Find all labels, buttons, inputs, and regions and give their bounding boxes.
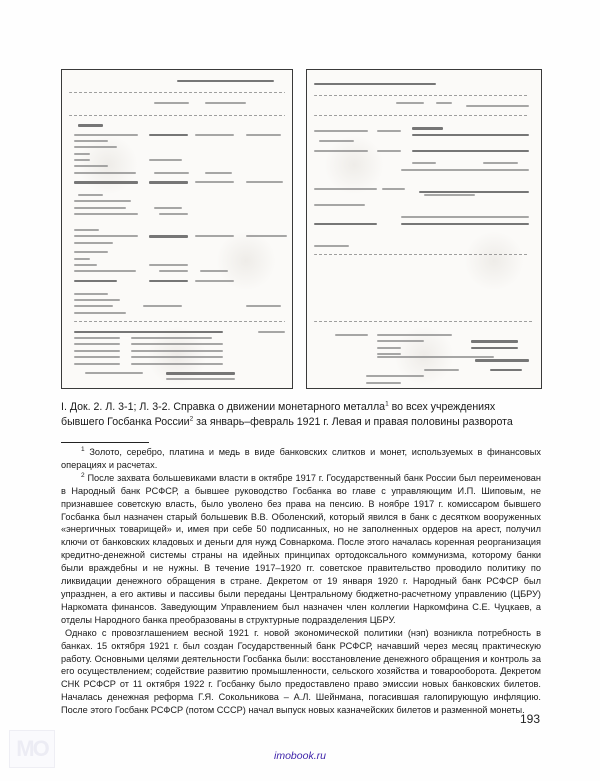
scan-text-line — [314, 130, 368, 132]
scan-text-line — [166, 372, 235, 375]
scan-text-line — [131, 337, 212, 339]
scan-text-line — [74, 356, 120, 358]
scan-text-line — [412, 150, 529, 153]
scan-text-line — [205, 102, 246, 104]
scan-text-line — [424, 369, 459, 371]
archival-document-scan-right — [306, 69, 542, 389]
watermark-site-link[interactable]: imobook.ru — [0, 750, 600, 762]
scan-text-line — [412, 134, 529, 137]
scan-text-line — [475, 359, 529, 362]
scan-text-line — [195, 134, 234, 136]
scan-text-line — [131, 350, 223, 352]
scan-text-line — [69, 115, 285, 116]
page-number: 193 — [520, 712, 540, 726]
caption-text: I. Док. 2. Л. 3-1; Л. 3-2. Справка о дви… — [61, 401, 385, 413]
scan-text-line — [377, 356, 494, 358]
scan-text-line — [412, 127, 442, 130]
scan-text-line — [319, 140, 354, 142]
scan-text-line — [149, 181, 188, 184]
scan-text-line — [314, 204, 365, 206]
scan-text-line — [382, 188, 405, 190]
scan-text-line — [466, 105, 529, 107]
scan-text-line — [74, 181, 138, 184]
scan-text-line — [258, 331, 286, 333]
scan-text-line — [69, 92, 285, 93]
scan-text-line — [85, 372, 143, 374]
scan-text-line — [74, 207, 127, 209]
scan-text-line — [401, 216, 530, 218]
scan-text-line — [246, 181, 283, 183]
scan-text-line — [74, 159, 90, 161]
scan-text-line — [159, 213, 189, 215]
scan-text-line — [74, 134, 138, 136]
scan-text-line — [436, 102, 452, 104]
footnotes: 1 Золото, серебро, платина и медь в виде… — [61, 446, 541, 717]
scan-text-line — [314, 95, 529, 96]
scan-text-line — [74, 200, 132, 202]
scan-text-line — [314, 83, 436, 86]
scan-text-line — [74, 331, 224, 334]
footnote-2-continuation: Однако с провозглашением весной 1921 г. … — [61, 627, 541, 717]
scan-text-line — [74, 337, 120, 339]
scan-text-line — [74, 251, 109, 253]
scan-text-line — [143, 305, 182, 307]
scan-text-line — [246, 305, 281, 307]
scan-text-line — [314, 321, 534, 322]
scan-text-line — [366, 375, 425, 377]
scan-text-line — [335, 334, 368, 336]
scan-text-line — [195, 181, 234, 183]
footnote-text: Золото, серебро, платина и медь в виде б… — [61, 447, 541, 470]
scan-text-line — [205, 172, 233, 174]
caption-text: за январь–февраль 1921 г. Левая и правая… — [193, 416, 513, 428]
scan-text-line — [377, 150, 400, 152]
scan-text-line — [154, 207, 182, 209]
scan-text-line — [195, 280, 234, 282]
scan-text-line — [396, 102, 424, 104]
scan-text-line — [131, 363, 223, 365]
scan-text-line — [246, 134, 281, 136]
scan-text-line — [149, 280, 188, 283]
scan-text-line — [74, 363, 120, 365]
scan-text-line — [377, 130, 400, 132]
scan-text-line — [401, 169, 530, 171]
scan-text-line — [149, 134, 188, 137]
scan-text-line — [74, 153, 90, 155]
scan-text-line — [74, 280, 118, 283]
scan-text-line — [154, 172, 189, 174]
scan-text-line — [483, 162, 518, 164]
scan-text-line — [490, 369, 523, 372]
scan-text-line — [74, 146, 118, 148]
scan-text-line — [419, 191, 529, 194]
scan-text-line — [154, 102, 189, 104]
scan-text-line — [74, 312, 127, 314]
footnote-2: 2 После захвата большевиками власти в ок… — [61, 472, 541, 627]
scan-text-line — [131, 356, 223, 358]
scan-text-line — [412, 162, 435, 164]
scan-text-line — [74, 172, 136, 174]
archival-document-scan-left — [61, 69, 293, 389]
publisher-logo: MO — [9, 730, 55, 768]
scan-text-line — [149, 159, 181, 161]
footnote-divider — [61, 442, 149, 443]
scan-text-line — [314, 188, 377, 190]
scan-text-line — [377, 334, 452, 336]
scan-text-line — [149, 264, 188, 266]
figure-caption: I. Док. 2. Л. 3-1; Л. 3-2. Справка о дви… — [61, 400, 541, 430]
scan-text-line — [78, 124, 103, 127]
scan-text-line — [74, 264, 97, 266]
scan-text-line — [377, 347, 400, 349]
scan-text-line — [159, 270, 189, 272]
scan-text-line — [177, 80, 274, 83]
footnote-1: 1 Золото, серебро, платина и медь в виде… — [61, 446, 541, 472]
scan-text-line — [471, 340, 518, 343]
scan-text-line — [149, 235, 188, 238]
scan-text-line — [74, 213, 138, 215]
footnote-text: После захвата большевиками власти в октя… — [61, 473, 541, 625]
scan-text-line — [74, 229, 99, 231]
scan-text-line — [74, 299, 120, 301]
scan-text-line — [314, 223, 377, 226]
scan-text-line — [74, 258, 90, 260]
scan-text-line — [74, 242, 113, 244]
scan-text-line — [74, 235, 138, 237]
scan-text-line — [314, 150, 368, 152]
scan-text-line — [471, 347, 518, 350]
scan-text-line — [74, 305, 113, 307]
scan-text-line — [314, 115, 529, 116]
scan-text-line — [74, 293, 109, 295]
scan-text-line — [314, 245, 349, 247]
scan-text-line — [401, 223, 530, 226]
scan-text-line — [377, 340, 424, 342]
scan-text-line — [377, 353, 400, 355]
scan-text-line — [78, 194, 103, 196]
scan-text-line — [74, 350, 120, 352]
scan-text-line — [74, 270, 136, 272]
scan-text-line — [74, 140, 109, 142]
scan-text-line — [74, 321, 286, 322]
scan-text-line — [366, 382, 401, 384]
scan-text-line — [74, 343, 120, 345]
scan-text-line — [424, 194, 475, 196]
